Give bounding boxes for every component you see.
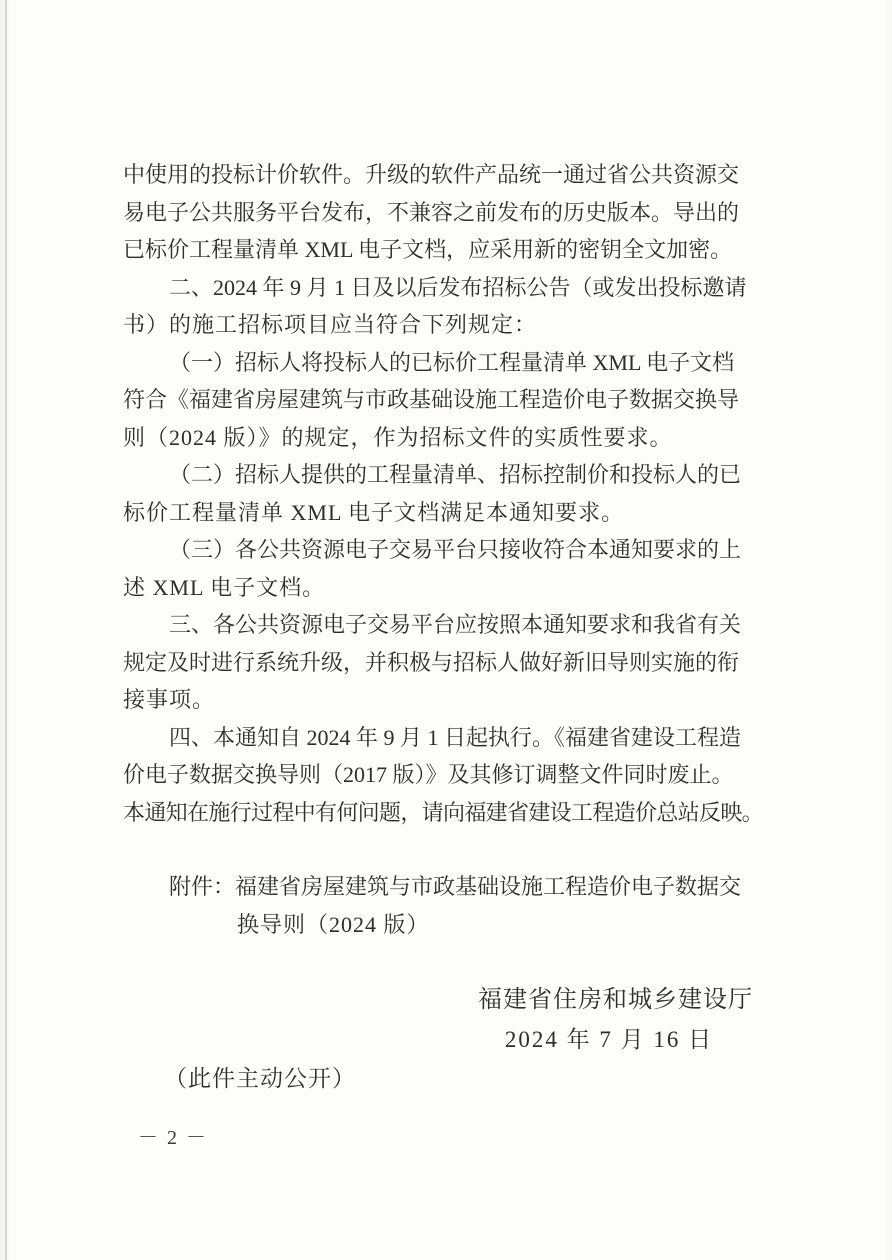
document-page: 中使用的投标计价软件。升级的软件产品统一通过省公共资源交易电子公共服务平台发布，… xyxy=(0,0,892,1260)
body-line: （二）招标人提供的工程量清单、招标控制价和投标人的已 xyxy=(123,456,793,494)
page-number: － 2 － xyxy=(138,1124,208,1152)
photo-left-edge xyxy=(5,0,7,1260)
body-line: 述 XML 电子文档。 xyxy=(123,569,793,607)
body-line: （三）各公共资源电子交易平台只接收符合本通知要求的上 xyxy=(123,531,793,569)
signature-block: 福建省住房和城乡建设厅 2024 年 7 月 16 日 xyxy=(478,980,740,1060)
body-line: 则（2024 版）》的规定，作为招标文件的实质性要求。 xyxy=(123,419,793,457)
attachment-block: 附件：福建省房屋建筑与市政基础设施工程造价电子数据交换导则（2024 版） xyxy=(123,868,793,943)
body-line: 价电子数据交换导则（2017 版）》及其修订调整文件同时废止。 xyxy=(123,756,793,794)
body-line: 书）的施工招标项目应当符合下列规定： xyxy=(123,306,793,344)
document-body: 中使用的投标计价软件。升级的软件产品统一通过省公共资源交易电子公共服务平台发布，… xyxy=(123,156,793,831)
body-line: 二、2024 年 9 月 1 日及以后发布招标公告（或发出投标邀请 xyxy=(123,269,793,307)
body-line: 四、本通知自 2024 年 9 月 1 日起执行。《福建省建设工程造 xyxy=(123,719,793,757)
issue-date: 2024 年 7 月 16 日 xyxy=(478,1020,740,1060)
attachment-line: 附件：福建省房屋建筑与市政基础设施工程造价电子数据交 xyxy=(123,868,793,906)
body-line: 本通知在施行过程中有何问题，请向福建省建设工程造价总站反映。 xyxy=(123,794,793,832)
body-line: 符合《福建省房屋建筑与市政基础设施工程造价电子数据交换导 xyxy=(123,381,793,419)
attachment-line: 换导则（2024 版） xyxy=(123,906,793,944)
body-line: 三、各公共资源电子交易平台应按照本通知要求和我省有关 xyxy=(123,606,793,644)
disclosure-note: （此件主动公开） xyxy=(164,1064,356,1094)
body-line: 已标价工程量清单 XML 电子文档，应采用新的密钥全文加密。 xyxy=(123,231,793,269)
body-line: 接事项。 xyxy=(123,681,793,719)
issuing-org-name: 福建省住房和城乡建设厅 xyxy=(478,980,740,1020)
body-line: 规定及时进行系统升级，并积极与招标人做好新旧导则实施的衔 xyxy=(123,644,793,682)
body-line: 中使用的投标计价软件。升级的软件产品统一通过省公共资源交 xyxy=(123,156,793,194)
body-line: 标价工程量清单 XML 电子文档满足本通知要求。 xyxy=(123,494,793,532)
body-line: （一）招标人将投标人的已标价工程量清单 XML 电子文档 xyxy=(123,344,793,382)
body-line: 易电子公共服务平台发布，不兼容之前发布的历史版本。导出的 xyxy=(123,194,793,232)
